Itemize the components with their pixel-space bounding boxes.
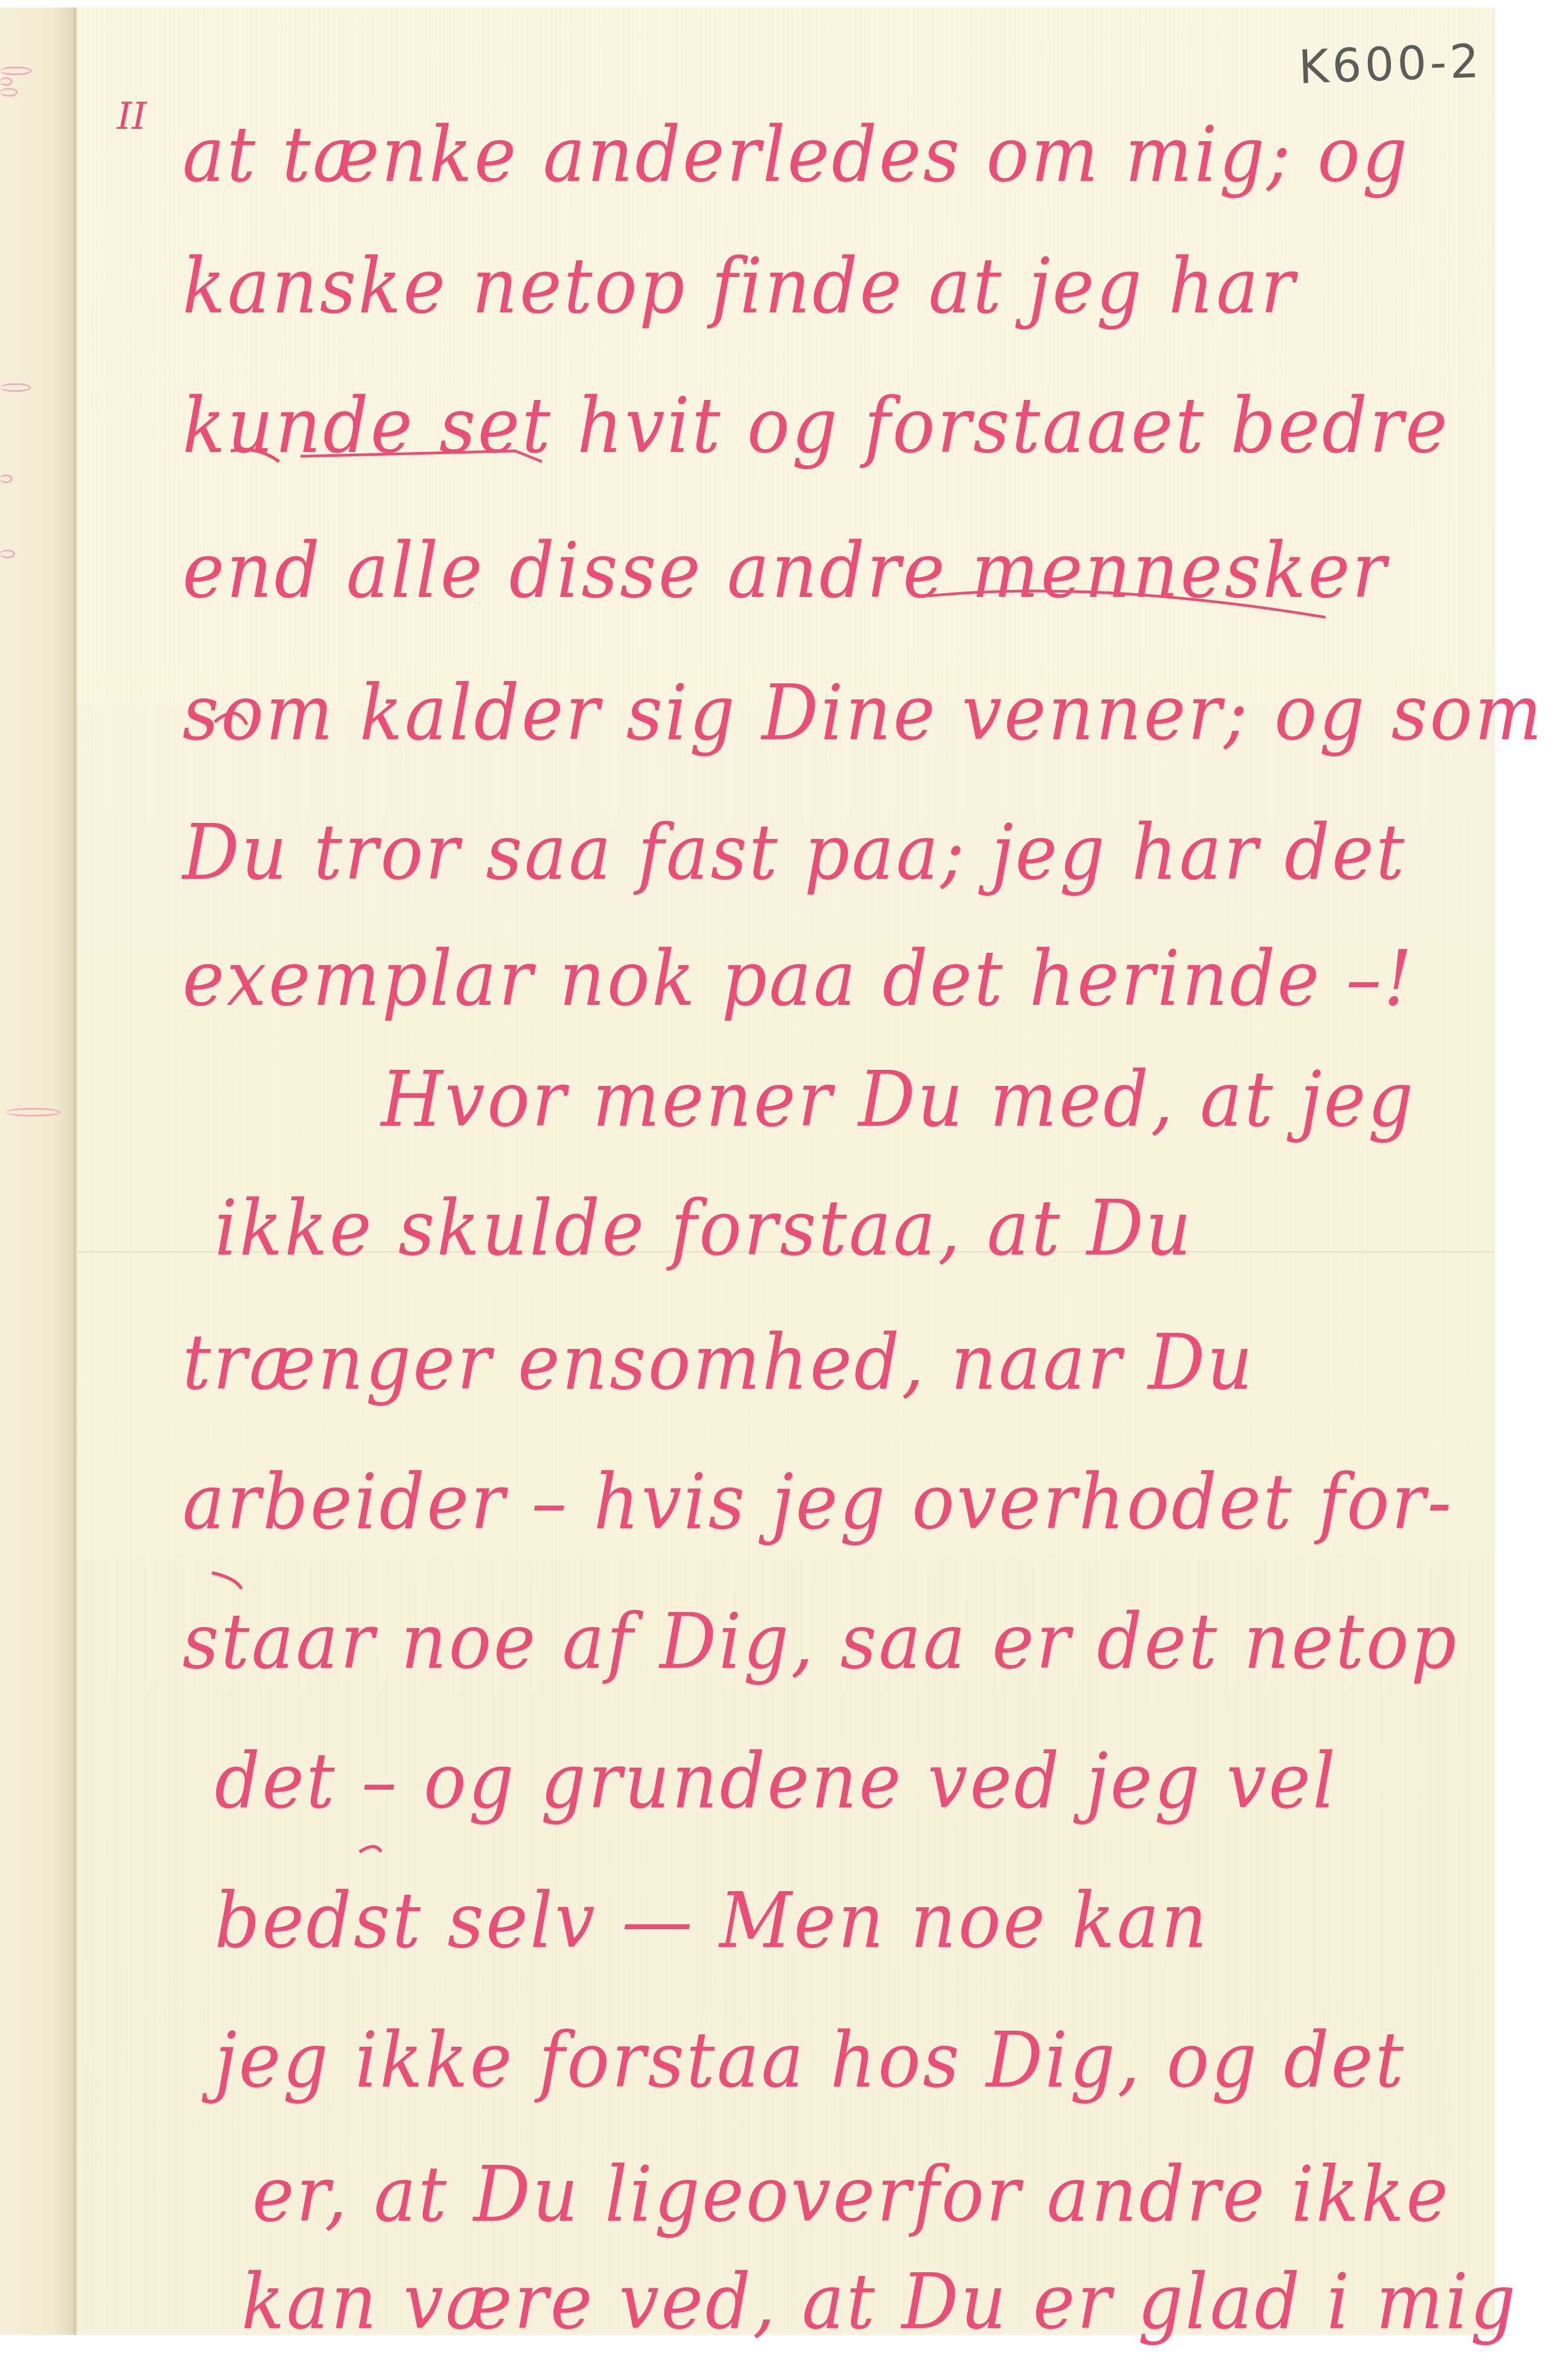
text-line: at tænke anderledes om mig; og: [182, 110, 1410, 199]
text-line: trænger ensomhed, naar Du: [182, 1318, 1255, 1407]
page-numeral: II: [117, 94, 146, 138]
text-line: staar noe af Dig, saa er det netop: [182, 1597, 1459, 1686]
text-line: er, at Du ligeoverfor andre ikke: [252, 2150, 1450, 2239]
previous-page-edge: [0, 8, 75, 2335]
ink-bleed-mark: [0, 550, 15, 558]
text-line: end alle disse andre mennesker: [182, 526, 1388, 615]
ink-bleed-mark: [5, 1108, 61, 1117]
text-line: ikke skulde forstaa, at Du: [215, 1184, 1193, 1273]
text-line: jeg ikke forstaa hos Dig, og det: [215, 2016, 1406, 2105]
text-line: kan være ved, at Du er glad i mig: [241, 2257, 1518, 2346]
text-line: Du tror saa fast paa; jeg har det: [182, 808, 1406, 897]
text-line: arbeider – hvis jeg overhodet for-: [182, 1457, 1454, 1546]
ink-bleed-mark: [0, 77, 12, 86]
ink-bleed-mark: [0, 67, 32, 75]
letter-page: [77, 8, 1494, 2335]
text-line: bedst selv — Men noe kan: [215, 1876, 1209, 1965]
archive-mark: K600-2: [1298, 34, 1483, 94]
ink-bleed-mark: [0, 383, 31, 392]
ink-bleed-mark: [0, 475, 12, 483]
text-line: som kalder sig Dine venner; og som: [182, 668, 1544, 757]
text-line: Hvor mener Du med, at jeg: [381, 1055, 1415, 1144]
text-line: exemplar nok paa det herinde –!: [182, 934, 1414, 1023]
text-line: det – og grundene ved jeg vel: [215, 1736, 1337, 1826]
text-line: kanske netop finde at jeg har: [182, 242, 1296, 331]
text-line: kunde set hvit og forstaaet bedre: [182, 381, 1449, 470]
ink-bleed-mark: [0, 88, 18, 97]
